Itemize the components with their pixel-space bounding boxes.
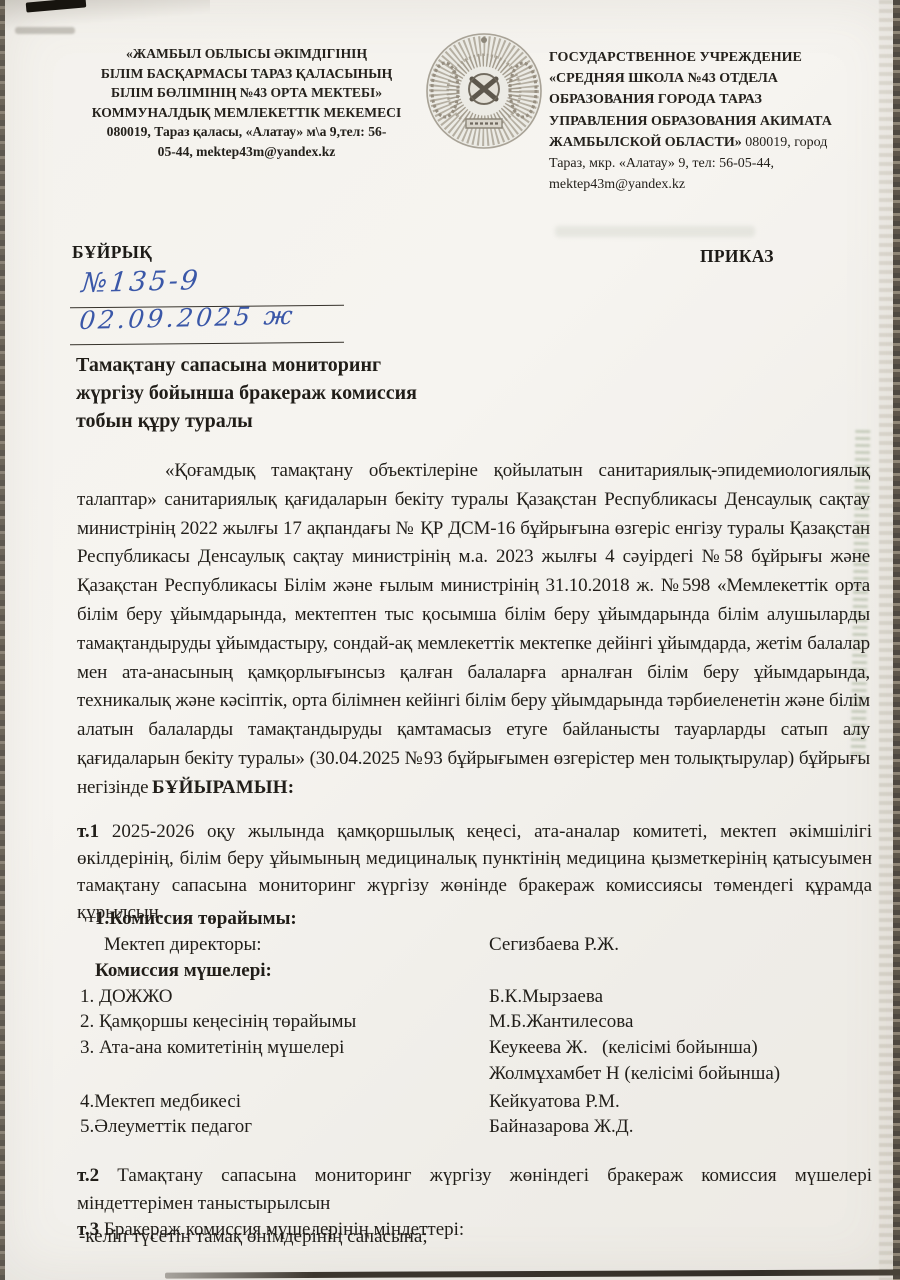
commission-role: 1. ДОЖЖО: [80, 984, 173, 1010]
scan-right-edge: [893, 0, 900, 1280]
order-date-handwritten: 02.09.2025 ж: [78, 301, 297, 335]
commission-name: Байназарова Ж.Д.: [489, 1114, 633, 1140]
order-point-2: т.2 Тамақтану сапасына мониторинг жүргіз…: [77, 1162, 872, 1217]
resolve-word: БҰЙЫРАМЫН:: [152, 777, 294, 798]
letterhead-kazakh-block: «ЖАМБЫЛ ОБЛЫСЫ ӘКІМДІГІНІҢ БІЛІМ БАСҚАРМ…: [73, 44, 420, 162]
commission-member-row: 2. Қамқоршы кеңесінің төрайымы М.Б.Жанти…: [77, 1009, 872, 1035]
org-name-line: ГОСУДАРСТВЕННОЕ УЧРЕЖДЕНИЕ: [549, 47, 889, 68]
scan-smudge: [555, 226, 755, 237]
scanned-document-page: «ЖАМБЫЛ ОБЛЫСЫ ӘКІМДІГІНІҢ БІЛІМ БАСҚАРМ…: [0, 0, 900, 1280]
org-address-line: Тараз, мкр. «Алатау» 9, тел: 56-05-44,: [549, 153, 889, 174]
org-name-line: КОММУНАЛДЫҚ МЕМЛЕКЕТТІК МЕКЕМЕСІ: [73, 103, 420, 123]
order-subject: Тамақтану сапасына мониторинг жүргізу бо…: [76, 351, 536, 435]
commission-role: 3. Ата-ана комитетінің мүшелері: [80, 1035, 344, 1061]
commission-members-heading: Комиссия мүшелері:: [95, 958, 872, 984]
commission-member-row: 3. Ата-ана комитетінің мүшелері Кеукеева…: [77, 1035, 872, 1061]
point-text: Тамақтану сапасына мониторинг жүргізу жө…: [77, 1165, 872, 1214]
subject-line: тобын құру туралы: [76, 407, 536, 435]
commission-role: 5.Әлеуметтік педагог: [80, 1114, 252, 1140]
order-type-label-kazakh: БҰЙРЫҚ: [72, 242, 152, 263]
commission-list: 1.Комиссия төрайымы: Мектеп директоры: С…: [77, 906, 872, 1140]
kazakhstan-state-emblem-icon: [420, 26, 548, 156]
point-label: т.1: [77, 821, 99, 842]
org-address-line: mektep43m@yandex.kz: [549, 174, 889, 195]
org-address-line: 05-44, mektep43m@yandex.kz: [73, 142, 420, 162]
commission-chair-heading: 1.Комиссия төрайымы:: [95, 906, 872, 932]
commission-chair-row: Мектеп директоры: Сегизбаева Р.Ж.: [77, 932, 872, 958]
org-name-line: БІЛІМ БАСҚАРМАСЫ ТАРАЗ ҚАЛАСЫНЫҢ: [73, 64, 420, 84]
order-basis-paragraph: «Қоғамдық тамақтану объектілеріне қойыла…: [77, 457, 870, 803]
commission-member-row: 1. ДОЖЖО Б.К.Мырзаева: [77, 984, 872, 1010]
org-name-fragment: ЖАМБЫЛСКОЙ ОБЛАСТИ»: [549, 135, 742, 150]
subject-line: жүргізу бойынша бракераж комиссия: [76, 379, 536, 407]
letterhead-russian-block: ГОСУДАРСТВЕННОЕ УЧРЕЖДЕНИЕ «СРЕДНЯЯ ШКОЛ…: [549, 47, 889, 195]
date-underline: [70, 342, 344, 345]
org-address-line: 080019, Тараз қаласы, «Алатау» м\а 9,тел…: [73, 122, 420, 142]
org-name-line: БІЛІМ БӨЛІМІНІҢ №43 ОРТА МЕКТЕБІ»: [73, 83, 420, 103]
org-name-line: «ЖАМБЫЛ ОБЛЫСЫ ӘКІМДІГІНІҢ: [73, 44, 420, 64]
commission-role: Мектеп директоры:: [104, 932, 262, 958]
commission-role: 2. Қамқоршы кеңесінің төрайымы: [80, 1009, 356, 1035]
commission-name: Сегизбаева Р.Ж.: [489, 932, 619, 958]
commission-role: 4.Мектеп медбикесі: [80, 1089, 241, 1115]
commission-name: Жолмұхамбет Н (келісімі бойынша): [489, 1061, 780, 1087]
order-number-handwritten: №135-9: [80, 265, 202, 299]
org-name-address-line: ЖАМБЫЛСКОЙ ОБЛАСТИ» 080019, город: [549, 132, 889, 153]
commission-name: Кейкуатова Р.М.: [489, 1089, 620, 1115]
org-name-line: ОБРАЗОВАНИЯ ГОРОДА ТАРАЗ: [549, 89, 889, 110]
scan-left-edge: [0, 0, 5, 1280]
org-address-fragment: 080019, город: [742, 135, 828, 150]
org-name-line: «СРЕДНЯЯ ШКОЛА №43 ОТДЕЛА: [549, 68, 889, 89]
staple-mark: [26, 0, 87, 13]
org-name-line: УПРАВЛЕНИЯ ОБРАЗОВАНИЯ АКИМАТА: [549, 111, 889, 132]
scan-bottom-edge-shadow: [165, 1269, 900, 1278]
commission-member-row: 5.Әлеуметтік педагог Байназарова Ж.Д.: [77, 1114, 872, 1140]
basis-text: «Қоғамдық тамақтану объектілеріне қойыла…: [77, 460, 870, 798]
commission-member-row: Жолмұхамбет Н (келісімі бойынша): [77, 1061, 872, 1087]
commission-member-row: 4.Мектеп медбикесі Кейкуатова Р.М.: [77, 1089, 872, 1115]
order-type-label-russian: ПРИКАЗ: [700, 246, 774, 267]
scan-smudge: [15, 27, 75, 34]
commission-name: М.Б.Жантилесова: [489, 1009, 633, 1035]
commission-name: Б.К.Мырзаева: [489, 984, 603, 1010]
subject-line: Тамақтану сапасына мониторинг: [76, 351, 536, 379]
duty-list-item: -келіп түсетін тамақ өнімдерінің сапасын…: [79, 1226, 428, 1248]
commission-name: Кеукеева Ж. (келісімі бойынша): [489, 1035, 758, 1061]
point-label: т.2: [77, 1165, 99, 1186]
